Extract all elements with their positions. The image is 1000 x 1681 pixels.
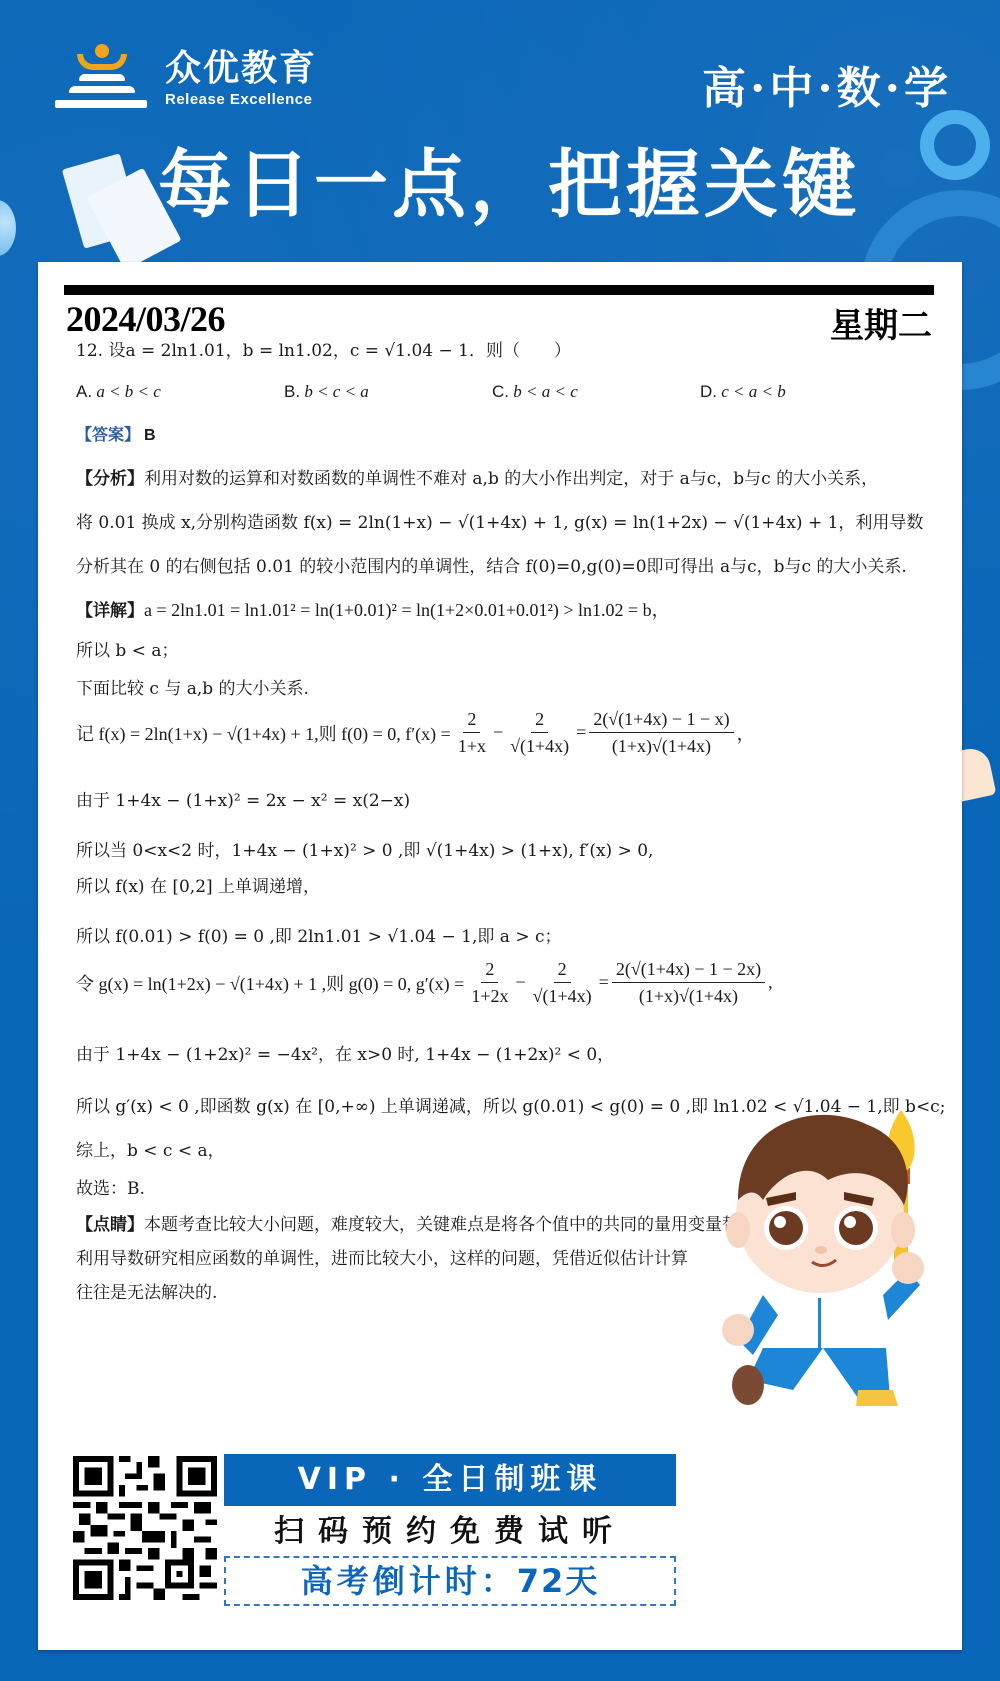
question-options: A. a < b < c B. b < c < a C. b < a < c D…	[76, 382, 908, 402]
option-a: A. a < b < c	[76, 382, 284, 402]
fraction: 21+x	[454, 706, 490, 759]
analysis-line-2: 将 0.01 换成 x,分别构造函数 f(x) = 2ln(1+x) − √(1…	[76, 508, 923, 533]
brand-logo: 众优教育 Release Excellence	[55, 42, 317, 114]
scan-to-book-cta: 扫码预约免费试听	[224, 1512, 676, 1552]
option-d: D. c < a < b	[700, 382, 908, 402]
solution-line-10: 由于 1+4x − (1+2x)² = −4x²，在 x>0 时, 1+4x −…	[76, 1040, 614, 1065]
solution-line-7: 所以 f(x) 在 [0,2] 上单调递增，	[76, 872, 320, 897]
solution-line-6: 所以当 0<x<2 时，1+4x − (1+x)² > 0 ,即 √(1+4x)…	[76, 836, 653, 861]
content-card: 2024/03/26 星期二 12. 设a = 2ln1.01，b = ln1.…	[38, 262, 962, 1650]
option-b: B. b < c < a	[284, 382, 492, 402]
option-c: C. b < a < c	[492, 382, 700, 402]
headline: 每日一点，把握关键	[158, 140, 860, 230]
analysis-line-1: 【分析】利用对数的运算和对数函数的单调性不难对 a,b 的大小作出判定，对于 a…	[76, 464, 878, 489]
countdown-value: 72天	[517, 1562, 600, 1600]
solution-line-3: 下面比较 c 与 a,b 的大小关系.	[76, 674, 309, 699]
brand-name-cn: 众优教育	[165, 49, 317, 89]
date: 2024/03/26	[66, 298, 225, 340]
answer-value: B	[144, 427, 156, 444]
brand-name-en: Release Excellence	[165, 91, 317, 108]
solution-line-1: 【详解】a = 2ln1.01 = ln1.01² = ln(1+0.01)² …	[76, 596, 670, 622]
exam-countdown: 高考倒计时：72天	[224, 1556, 676, 1606]
solution-line-8: 所以 f(0.01) > f(0) = 0 ,即 2ln1.01 > √1.04…	[76, 922, 562, 947]
ring-decoration-icon	[920, 110, 990, 180]
open-book-logo-icon	[55, 42, 147, 114]
solution-line-5: 由于 1+4x − (1+x)² = 2x − x² = x(2−x)	[76, 786, 410, 811]
solution-line-2: 所以 b < a；	[76, 636, 178, 661]
weekday: 星期二	[830, 298, 932, 347]
comment-line-3: 往往是无法解决的.	[76, 1278, 217, 1303]
comment-line-2: 利用导数研究相应函数的单调性，进而比较大小，这样的问题，凭借近似估计计算	[76, 1244, 688, 1269]
fraction: 21+2x	[467, 956, 512, 1009]
answer-label: 【答案】	[76, 425, 140, 444]
fraction: 2(√(1+4x) − 1 − 2x)(1+x)√(1+4x)	[612, 956, 765, 1009]
fraction: 2√(1+4x)	[506, 706, 573, 759]
question-stem: 12. 设a = 2ln1.01，b = ln1.02，c = √1.04 − …	[76, 336, 571, 361]
subject-title: 高·中·数·学	[702, 52, 952, 116]
fraction: 2√(1+4x)	[529, 956, 596, 1009]
qr-code-icon[interactable]	[70, 1456, 220, 1600]
fraction: 2(√(1+4x) − 1 − x)(1+x)√(1+4x)	[589, 706, 733, 759]
solution-line-12: 综上，b < c < a，	[76, 1136, 225, 1161]
answer-line: 【答案】B	[76, 422, 156, 445]
divider	[64, 285, 934, 295]
vip-class-banner[interactable]: VIP · 全日制班课	[224, 1454, 676, 1506]
mascot-boy-with-brush-icon	[708, 1080, 938, 1410]
analysis-line-3: 分析其在 0 的右侧包括 0.01 的较小范围内的单调性，结合 f(0)=0,g…	[76, 552, 907, 577]
solution-f-derivative: 记 f(x) = 2ln(1+x) − √(1+4x) + 1,则 f(0) =…	[76, 706, 755, 759]
solution-g-derivative: 令 g(x) = ln(1+2x) − √(1+4x) + 1 ,则 g(0) …	[76, 956, 773, 1009]
countdown-label: 高考倒计时：	[301, 1562, 517, 1600]
solution-line-13: 故选：B.	[76, 1174, 145, 1199]
